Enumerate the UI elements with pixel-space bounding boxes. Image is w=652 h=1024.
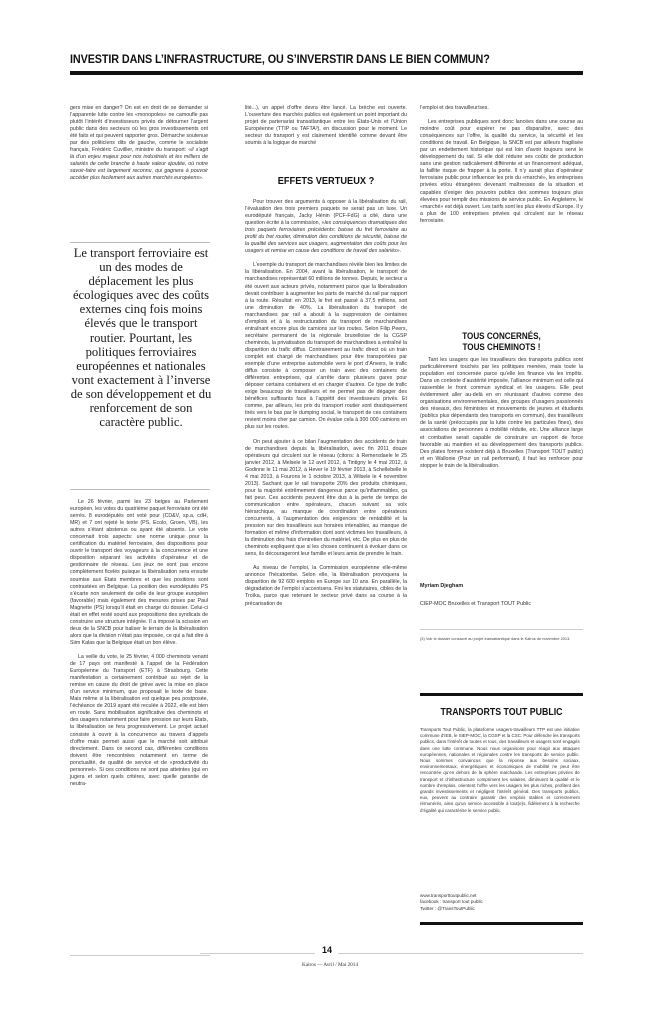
column-3-paragraph-1: l’emploi et des travailleur/ses. (420, 105, 583, 112)
column-3-lower: Tant les usagers que les travailleurs de… (420, 357, 583, 477)
twitter-link[interactable]: Twitter : @TransToutPublic (420, 906, 483, 912)
pullquote-rule-bottom (70, 489, 210, 490)
column-2-paragraph-4: On peut ajouter à ce bilan l’augmentatio… (245, 439, 407, 559)
sidebar-box-bottom-rule (420, 922, 583, 925)
column-1-lower: Le 26 février, parmi les 23 belges au Pa… (70, 499, 208, 795)
section-heading-effets-vertueux: EFFETS VERTUEUX ? (255, 175, 398, 187)
footnote-3: (3) Voir le dossier consacré au projet t… (420, 636, 583, 641)
footnote-rule (420, 629, 583, 630)
column-2-paragraph-3: L’exemple du transport de marchandises r… (245, 262, 407, 431)
column-1-paragraph-2: Le 26 février, parmi les 23 belges au Pa… (70, 499, 208, 647)
column-2-paragraph-1: lité...), un appel d’offre devra être la… (245, 105, 407, 147)
column-1-paragraph-3: La veille du vote, le 25 février, 4 000 … (70, 654, 208, 788)
column-3: l’emploi et des travailleur/ses. Les ent… (420, 105, 583, 232)
column-2-paragraph-2: Pour trouver des arguments à opposer à l… (245, 199, 407, 255)
column-2: lité...), un appel d’offre devra être la… (245, 105, 407, 154)
facebook-link[interactable]: facebook : transport tout public (420, 899, 483, 905)
column-1-bottom-rule (70, 955, 210, 956)
sidebar-box-title: TRANSPORTS TOUT PUBLIC (430, 707, 573, 718)
column-3-paragraph-3: Tant les usagers que les travailleurs de… (420, 357, 583, 470)
author-name: Myriam Djegham (420, 583, 463, 589)
column-1: gers mise en danger? On est en droit de … (70, 105, 208, 190)
column-3-paragraph-2: Les entreprises publiques sont donc lanc… (420, 119, 583, 225)
publication-footer: Kairos — Avril / Mai 2014 (250, 962, 410, 968)
column-2-paragraph-5: Au niveau de l’emploi, la Commission eur… (245, 565, 407, 607)
footer-rule-left (200, 953, 315, 954)
footer-rule-right (338, 953, 583, 954)
header-rule (70, 71, 583, 75)
column-1-paragraph-1: gers mise en danger? On est en droit de … (70, 105, 208, 183)
sidebar-box-body: Transports Tout Public, la plateforme us… (420, 727, 580, 814)
page-number: 14 (316, 945, 338, 955)
pullquote: Le transport ferroviaire est un des mode… (66, 246, 216, 429)
pullquote-rule-top (70, 242, 210, 243)
author-affiliation: CIEP-MOC Bruxelles et Transport TOUT Pub… (420, 601, 531, 607)
section-heading-tous-concernes: TOUS CONCERNÉS, TOUS CHEMINOTS ! (430, 331, 573, 352)
sidebar-box-links: www.transporttoutpublic.net facebook : t… (420, 893, 483, 912)
magazine-page: INVESTIR DANS L’INFRASTRUCTURE, OU S’INV… (0, 0, 652, 1024)
column-2-lower: Pour trouver des arguments à opposer à l… (245, 199, 407, 615)
article-header-title: INVESTIR DANS L’INFRASTRUCTURE, OU S’INV… (70, 53, 554, 66)
sidebar-box-top-rule (420, 693, 583, 696)
